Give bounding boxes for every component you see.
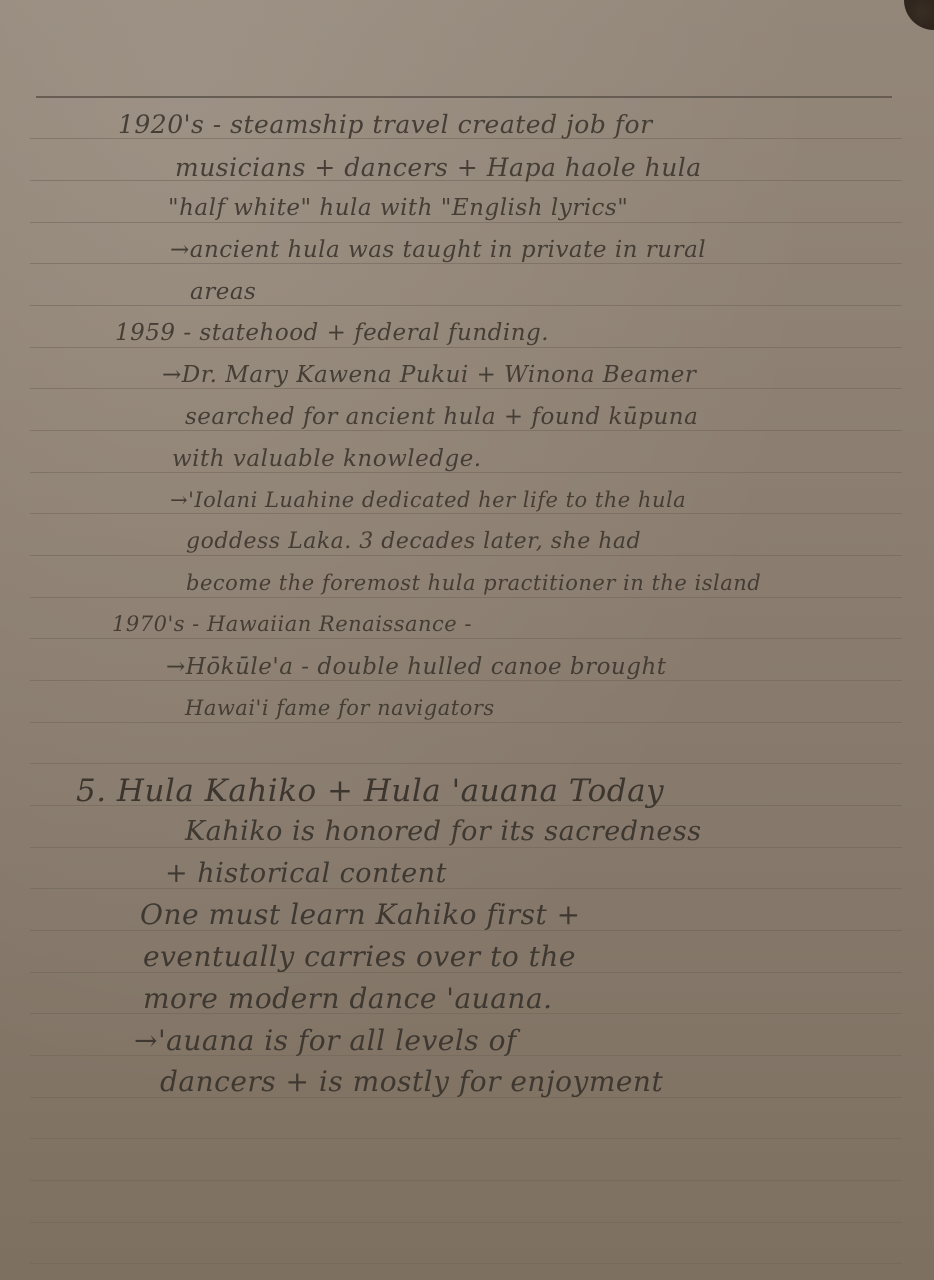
note-1959-line-1: 1959 - statehood + federal funding. — [115, 322, 549, 345]
note-1970s-line-2: →Hōkūle'a - double hulled canoe brought — [166, 656, 667, 679]
ruled-line — [30, 888, 902, 889]
ruled-line — [30, 430, 902, 431]
ruled-line — [30, 722, 902, 723]
section-5-line-2: + historical content — [165, 860, 447, 887]
section-5-line-7: dancers + is mostly for enjoyment — [160, 1068, 663, 1096]
notebook-page: 1920's - steamship travel created job fo… — [0, 0, 934, 1280]
ruled-line — [30, 305, 902, 306]
section-5-line-3: One must learn Kahiko first + — [140, 901, 581, 929]
note-1970s-line-1: 1970's - Hawaiian Renaissance - — [112, 614, 472, 635]
ruled-line — [30, 1180, 902, 1181]
ruled-line — [30, 763, 902, 764]
ruled-line — [30, 513, 902, 514]
ruled-line — [30, 472, 902, 473]
ruled-line — [30, 555, 902, 556]
section-5-line-1: Kahiko is honored for its sacredness — [185, 818, 702, 845]
ruled-line — [30, 263, 902, 264]
ruled-line — [30, 597, 902, 598]
note-1959-line-7: become the foremost hula practitioner in… — [186, 573, 761, 594]
page-corner — [904, 0, 934, 30]
ruled-line — [30, 1263, 902, 1264]
note-1920s-line-1: 1920's - steamship travel created job fo… — [118, 112, 653, 137]
ruled-line — [30, 847, 902, 848]
ruled-line — [30, 638, 902, 639]
header-rule — [36, 96, 892, 98]
ruled-line — [30, 347, 902, 348]
note-1959-line-4: with valuable knowledge. — [172, 448, 482, 471]
note-1920s-line-5: areas — [190, 281, 256, 304]
note-1920s-line-4: →ancient hula was taught in private in r… — [170, 239, 706, 262]
note-1959-line-2: →Dr. Mary Kawena Pukui + Winona Beamer — [162, 364, 696, 387]
section-5-heading: 5. Hula Kahiko + Hula 'auana Today — [76, 776, 664, 807]
section-5-line-4: eventually carries over to the — [143, 943, 576, 971]
ruled-line — [30, 222, 902, 223]
section-5-line-5: more modern dance 'auana. — [143, 985, 553, 1013]
note-1959-line-6: goddess Laka. 3 decades later, she had — [186, 531, 641, 553]
note-1920s-line-2: musicians + dancers + Hapa haole hula — [175, 155, 702, 180]
ruled-line — [30, 680, 902, 681]
ruled-line — [30, 1222, 902, 1223]
note-1959-line-5: →'Iolani Luahine dedicated her life to t… — [170, 490, 686, 511]
ruled-line — [30, 388, 902, 389]
note-1970s-line-3: Hawai'i fame for navigators — [185, 698, 495, 719]
section-5-line-6: →'auana is for all levels of — [134, 1027, 517, 1055]
note-1959-line-3: searched for ancient hula + found kūpuna — [185, 406, 698, 429]
note-1920s-line-3: "half white" hula with "English lyrics" — [168, 197, 628, 220]
ruled-line — [30, 1138, 902, 1139]
